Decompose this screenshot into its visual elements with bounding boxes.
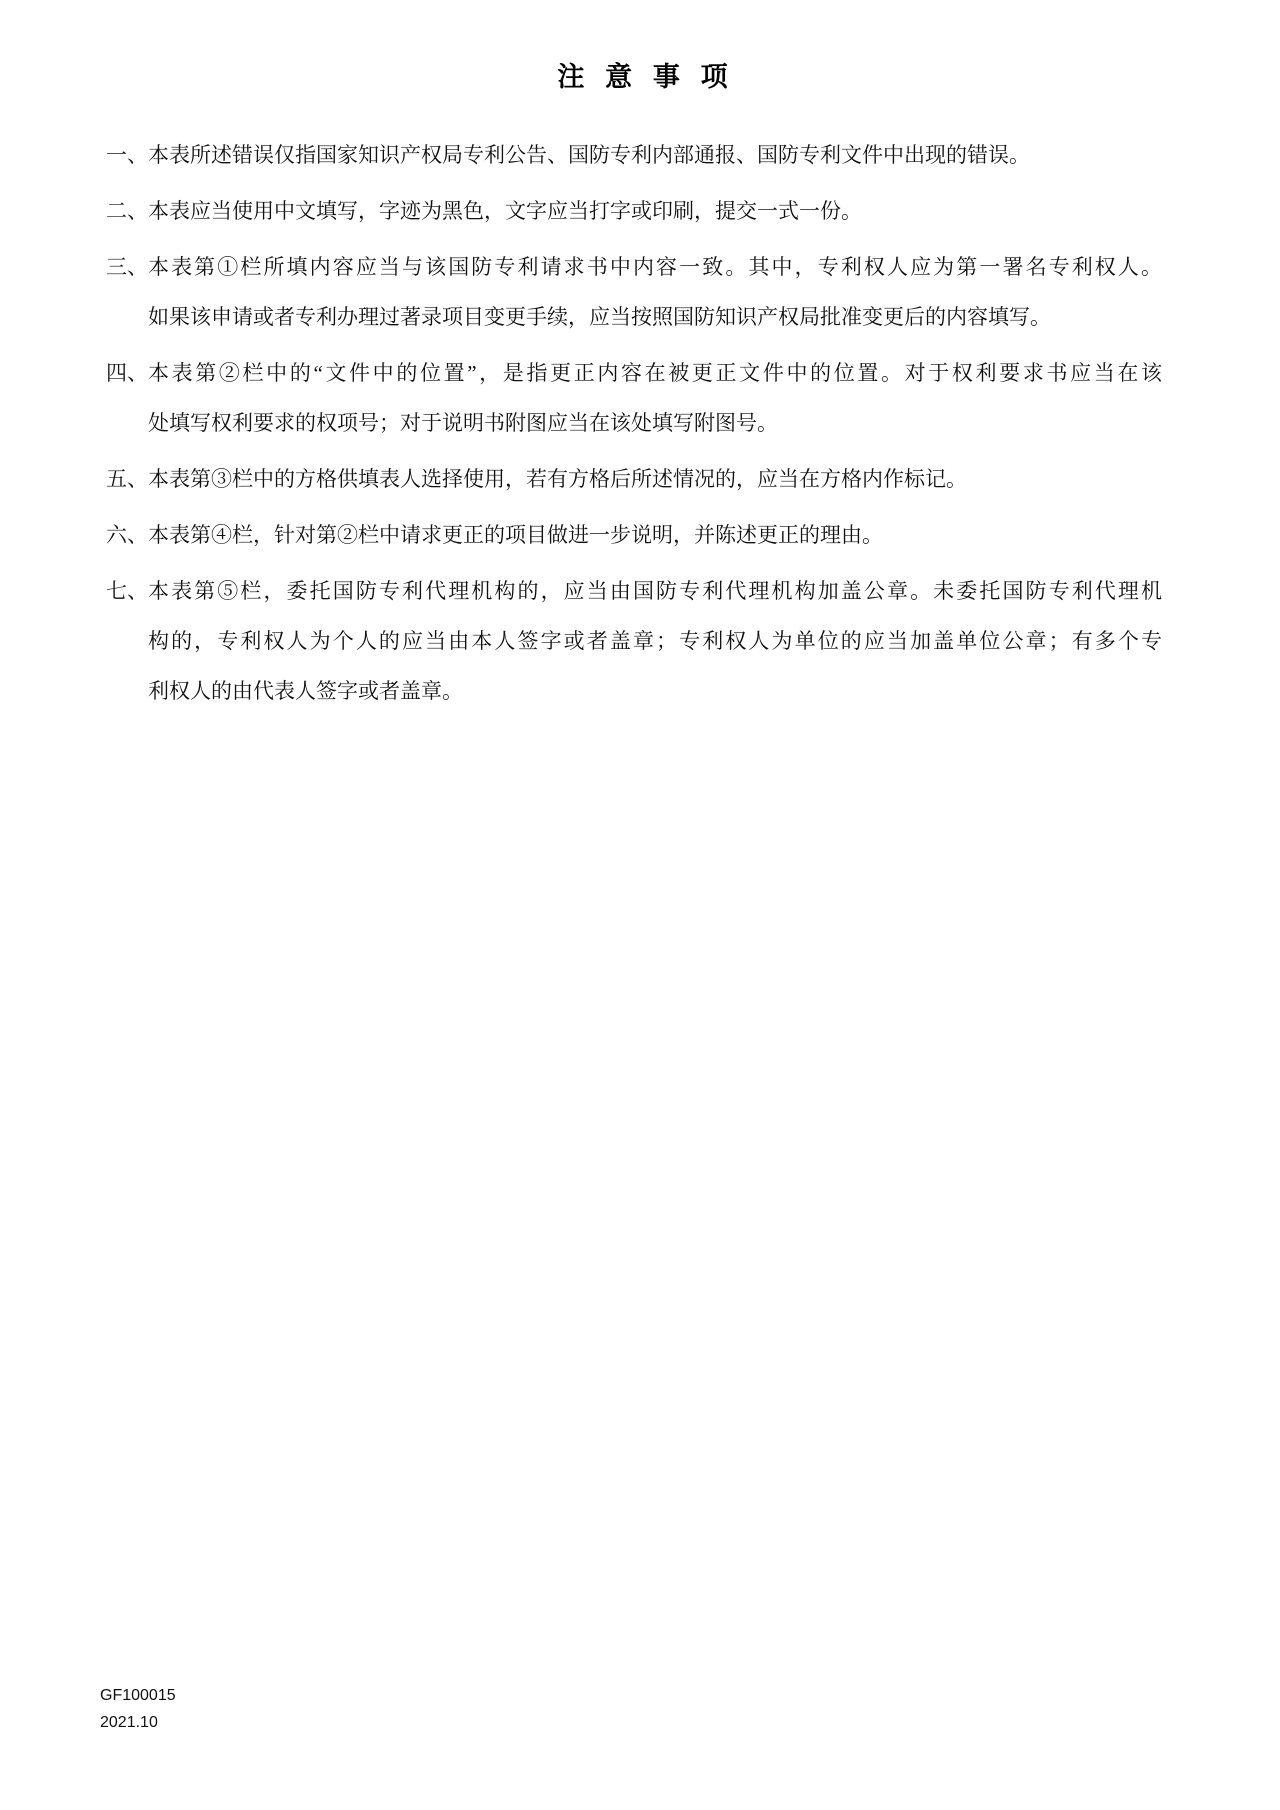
note-line: 如果该申请或者专利办理过著录项目变更手续，应当按照国防知识产权局批准变更后的内容… (148, 292, 1162, 342)
note-line: 本表第①栏所填内容应当与该国防专利请求书中内容一致。其中，专利权人应为第一署名专… (148, 242, 1162, 292)
note-line: 本表第③栏中的方格供填表人选择使用，若有方格后所述情况的，应当在方格内作标记。 (148, 454, 1162, 504)
form-footer: GF100015 2021.10 (100, 1682, 176, 1736)
page-title: 注 意 事 项 (106, 60, 1186, 94)
note-item-3-text: 本表第①栏所填内容应当与该国防专利请求书中内容一致。其中，专利权人应为第一署名专… (148, 242, 1162, 342)
note-line: 处填写权利要求的权项号；对于说明书附图应当在该处填写附图号。 (148, 398, 1162, 448)
note-item-6-number: 六、 (106, 510, 148, 560)
note-item-1-number: 一、 (106, 130, 148, 180)
note-item-5: 五、 本表第③栏中的方格供填表人选择使用，若有方格后所述情况的，应当在方格内作标… (106, 454, 1162, 504)
note-line: 构的，专利权人为个人的应当由本人签字或者盖章；专利权人为单位的应当加盖单位公章；… (148, 616, 1162, 666)
note-line: 本表所述错误仅指国家知识产权局专利公告、国防专利内部通报、国防专利文件中出现的错… (148, 130, 1162, 180)
note-item-1: 一、 本表所述错误仅指国家知识产权局专利公告、国防专利内部通报、国防专利文件中出… (106, 130, 1162, 180)
note-item-2-number: 二、 (106, 186, 148, 236)
note-item-2: 二、 本表应当使用中文填写，字迹为黑色，文字应当打字或印刷，提交一式一份。 (106, 186, 1162, 236)
note-item-4-text: 本表第②栏中的“文件中的位置”，是指更正内容在被更正文件中的位置。对于权利要求书… (148, 348, 1162, 448)
note-item-5-number: 五、 (106, 454, 148, 504)
document-page: 注 意 事 项 一、 本表所述错误仅指国家知识产权局专利公告、国防专利内部通报、… (0, 0, 1280, 1810)
note-line: 本表第⑤栏，委托国防专利代理机构的，应当由国防专利代理机构加盖公章。未委托国防专… (148, 566, 1162, 616)
note-item-4: 四、 本表第②栏中的“文件中的位置”，是指更正内容在被更正文件中的位置。对于权利… (106, 348, 1162, 448)
notes-list: 一、 本表所述错误仅指国家知识产权局专利公告、国防专利内部通报、国防专利文件中出… (106, 130, 1162, 716)
note-item-4-number: 四、 (106, 348, 148, 398)
note-item-5-text: 本表第③栏中的方格供填表人选择使用，若有方格后所述情况的，应当在方格内作标记。 (148, 454, 1162, 504)
note-line: 利权人的由代表人签字或者盖章。 (148, 666, 1162, 716)
note-line: 本表第④栏，针对第②栏中请求更正的项目做进一步说明，并陈述更正的理由。 (148, 510, 1162, 560)
note-item-3-number: 三、 (106, 242, 148, 292)
note-item-7: 七、 本表第⑤栏，委托国防专利代理机构的，应当由国防专利代理机构加盖公章。未委托… (106, 566, 1162, 716)
note-line: 本表第②栏中的“文件中的位置”，是指更正内容在被更正文件中的位置。对于权利要求书… (148, 348, 1162, 398)
note-item-1-text: 本表所述错误仅指国家知识产权局专利公告、国防专利内部通报、国防专利文件中出现的错… (148, 130, 1162, 180)
note-item-6: 六、 本表第④栏，针对第②栏中请求更正的项目做进一步说明，并陈述更正的理由。 (106, 510, 1162, 560)
note-item-3: 三、 本表第①栏所填内容应当与该国防专利请求书中内容一致。其中，专利权人应为第一… (106, 242, 1162, 342)
form-version-date: 2021.10 (100, 1709, 176, 1736)
note-item-7-text: 本表第⑤栏，委托国防专利代理机构的，应当由国防专利代理机构加盖公章。未委托国防专… (148, 566, 1162, 716)
note-item-7-number: 七、 (106, 566, 148, 616)
form-code: GF100015 (100, 1682, 176, 1709)
note-line: 本表应当使用中文填写，字迹为黑色，文字应当打字或印刷，提交一式一份。 (148, 186, 1162, 236)
note-item-2-text: 本表应当使用中文填写，字迹为黑色，文字应当打字或印刷，提交一式一份。 (148, 186, 1162, 236)
note-item-6-text: 本表第④栏，针对第②栏中请求更正的项目做进一步说明，并陈述更正的理由。 (148, 510, 1162, 560)
document-content: 注 意 事 项 一、 本表所述错误仅指国家知识产权局专利公告、国防专利内部通报、… (0, 0, 1280, 716)
